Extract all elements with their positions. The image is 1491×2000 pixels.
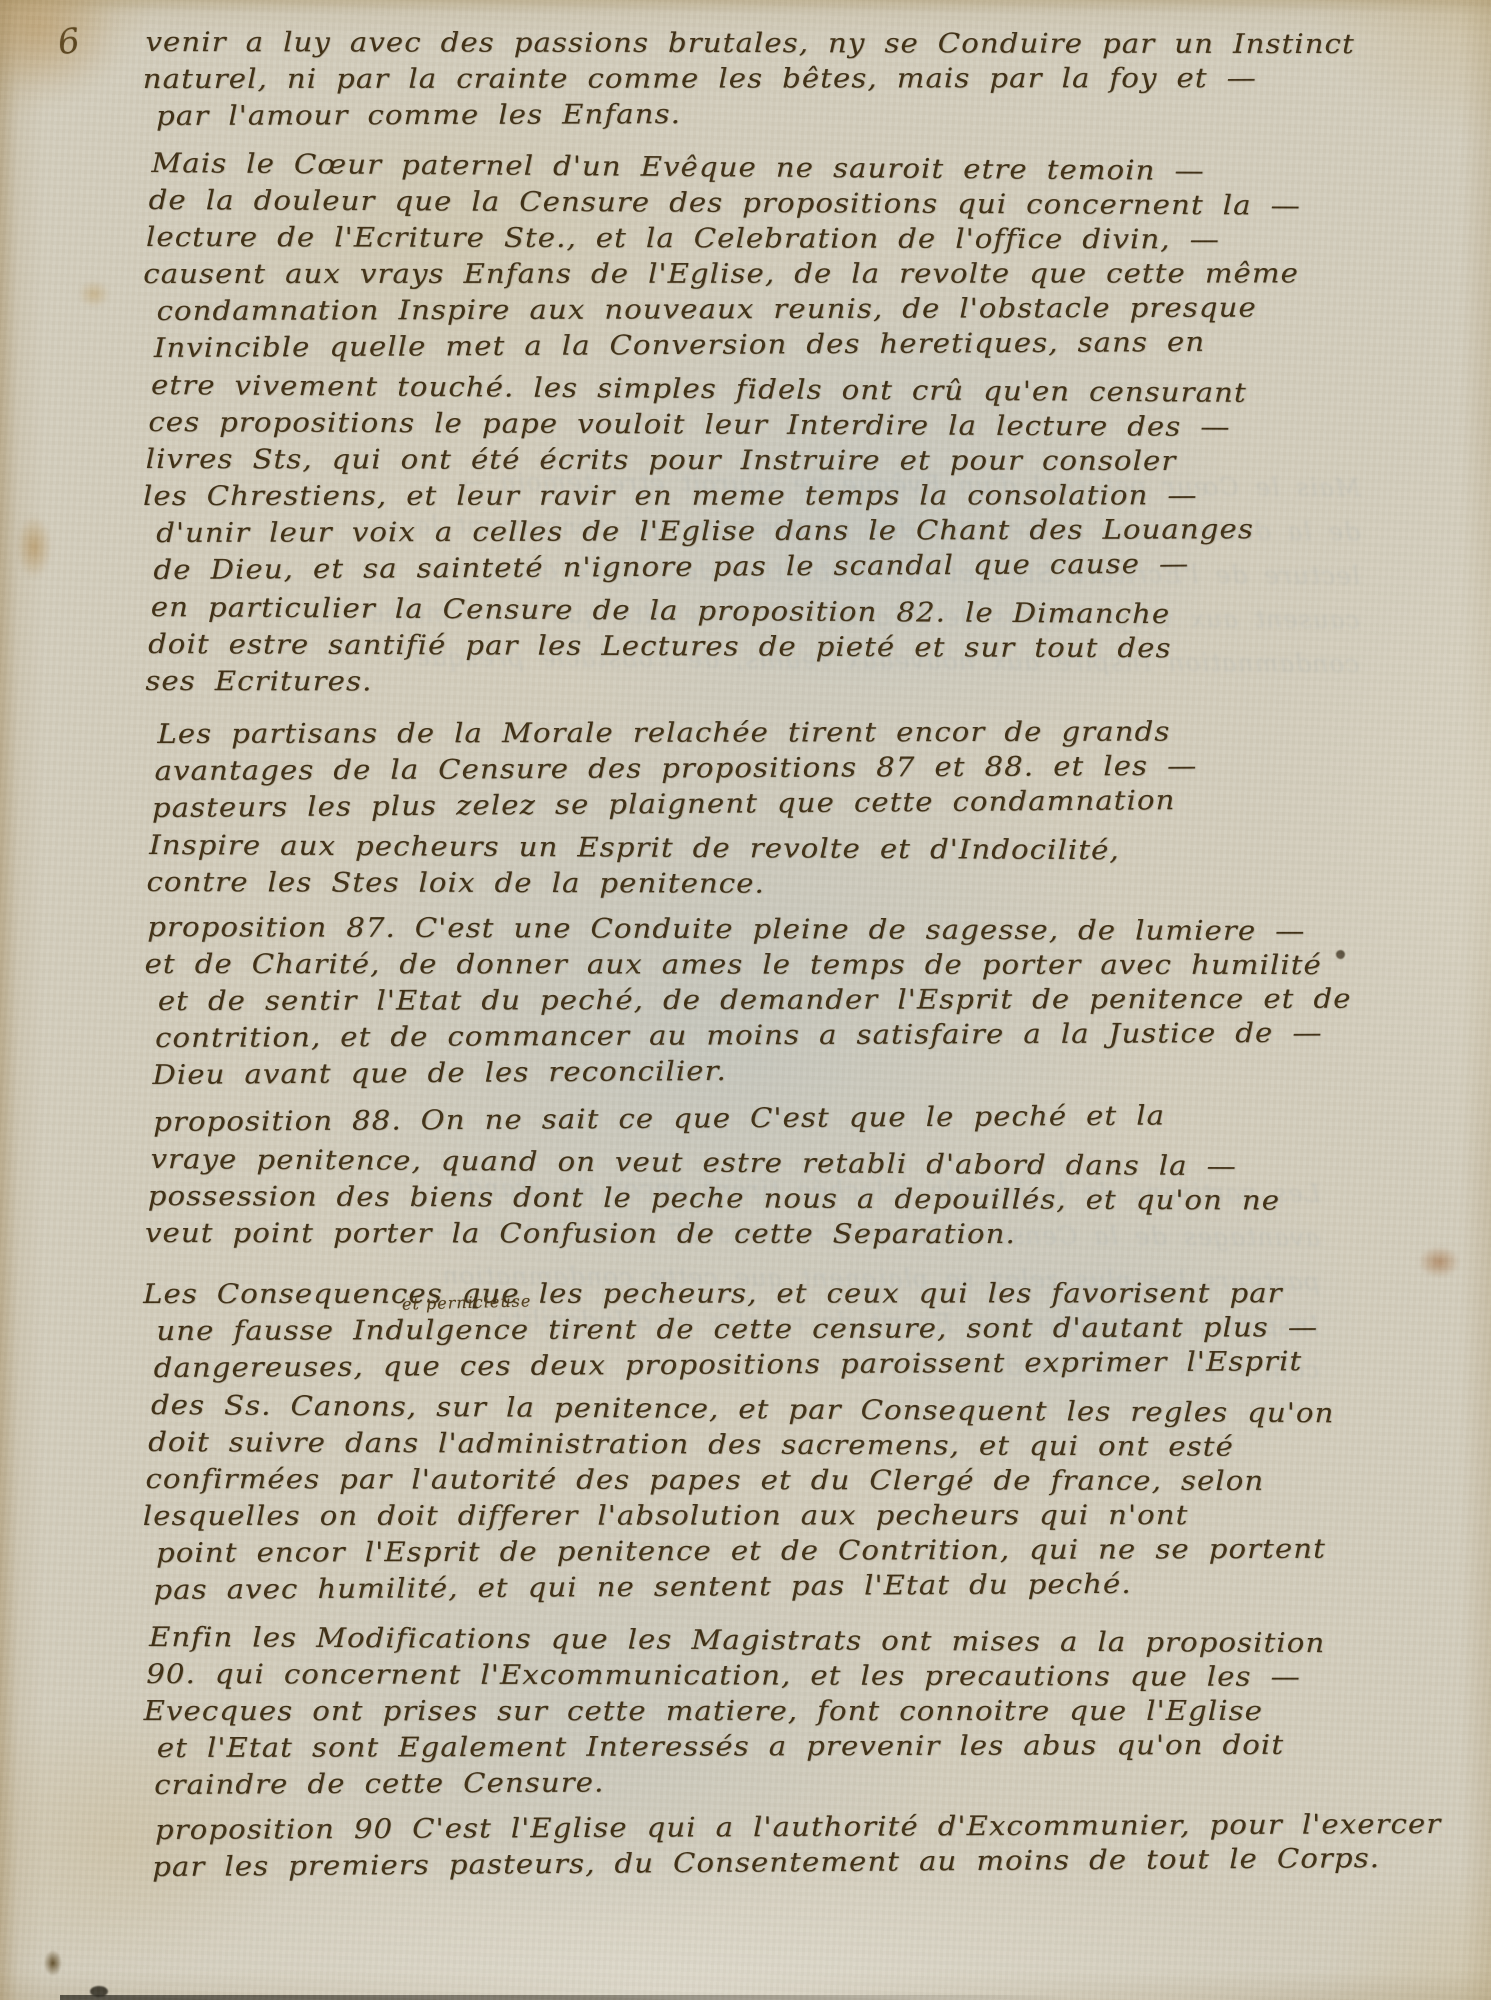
- manuscript-line: craindre de cette Censure.: [154, 1759, 1491, 1804]
- manuscript-line: de Dieu, et sa sainteté n'ignore pas le …: [153, 543, 1491, 589]
- manuscript-line: causent aux vrays Enfans de l'Eglise, de…: [143, 255, 1491, 293]
- manuscript-page: Mais le Cœur paternel d'un Evêque ne sau…: [0, 0, 1491, 2000]
- paragraph: proposition 87. C'est une Conduite plein…: [150, 909, 1440, 1094]
- manuscript-line: proposition 88. On ne sait ce que C'est …: [153, 1095, 1491, 1141]
- manuscript-line: par l'amour comme les Enfans.: [156, 93, 1491, 135]
- manuscript-line: naturel, ni par la crainte comme les bêt…: [143, 60, 1491, 98]
- manuscript-line: venir a luy avec des passions brutales, …: [145, 24, 1491, 63]
- manuscript-line: confirmées par l'autorité des papes et d…: [145, 1461, 1491, 1500]
- manuscript-line: contre les Stes loix de la penitence.: [146, 864, 1491, 905]
- manuscript-line: lesquelles on doit differer l'absolution…: [143, 1497, 1491, 1535]
- paper-stain: [90, 1986, 108, 1997]
- manuscript-line: possession des biens dont le peche nous …: [148, 1178, 1491, 1221]
- manuscript-line: ses Ecritures.: [145, 663, 1491, 702]
- paragraph: venir a luy avec des passions brutales, …: [150, 24, 1440, 135]
- paragraph: Enfin les Modifications que les Magistra…: [150, 1619, 1440, 1804]
- paper-stain: [78, 280, 110, 308]
- manuscript-line: Invincible quelle met a la Conversion de…: [154, 322, 1491, 367]
- interlinear-insertion: et pernicieuse: [402, 1291, 532, 1313]
- manuscript-line: Les Consequences que les pecheurs, et ce…: [143, 1275, 1491, 1313]
- paragraph: proposition 88. On ne sait ce que C'est …: [150, 1104, 1440, 1252]
- manuscript-line: les Chrestiens, et leur ravir en meme te…: [143, 477, 1491, 515]
- manuscript-line: Evecques ont prises sur cette matiere, f…: [144, 1693, 1491, 1730]
- paper-stain: [16, 515, 52, 579]
- manuscript-line: proposition 87. C'est une Conduite plein…: [147, 909, 1491, 951]
- manuscript-line: dangereuses, que ces deux propositions p…: [154, 1342, 1491, 1387]
- page-number: 6: [56, 21, 82, 63]
- paragraph: Les Consequences que les pecheurs, et ce…: [150, 1276, 1440, 1609]
- manuscript-line: livres Sts, qui ont été écrits pour Inst…: [146, 441, 1491, 481]
- manuscript-line: et de Charité, de donner aux ames le tem…: [145, 946, 1491, 984]
- paragraph: proposition 90 C'est l'Eglise qui a l'au…: [150, 1812, 1440, 1886]
- manuscript-line: pas avec humilité, et qui ne sentent pas…: [153, 1563, 1491, 1609]
- paper-stain: [44, 1950, 62, 1976]
- manuscript-line: 90. qui concernent l'Excommunication, et…: [146, 1656, 1491, 1696]
- paragraph: Les partisans de la Morale relachée tire…: [150, 716, 1440, 901]
- paragraph: Mais le Cœur paternel d'un Evêque ne sau…: [150, 145, 1440, 700]
- manuscript-line: lecture de l'Ecriture Ste., et la Celebr…: [146, 219, 1491, 259]
- photo-edge-shadow: [60, 1995, 1070, 2000]
- manuscript-line: veut point porter la Confusion de cette …: [145, 1215, 1491, 1254]
- text-block: venir a luy avec des passions brutales, …: [150, 24, 1440, 1896]
